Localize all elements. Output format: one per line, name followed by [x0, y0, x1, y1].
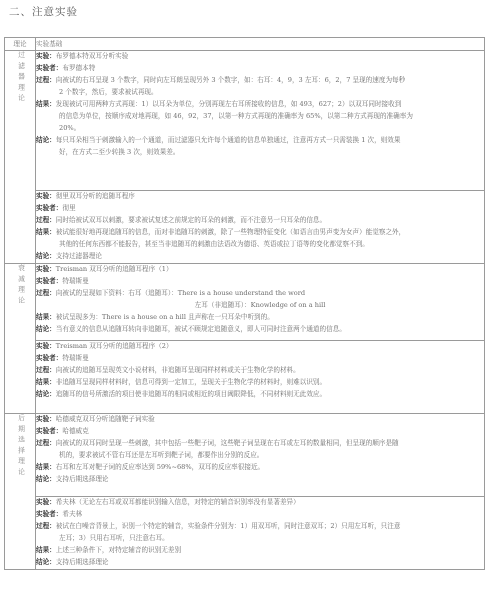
- result-text: 发现被试可用两种方式再现：1）以耳朵为单位，分别再现左右耳所接收的信息，如 49…: [56, 99, 402, 111]
- theory-cell-late-selection: 后期选择理论: [5, 414, 36, 570]
- experiment-name: 布罗德本特双耳分听实验: [56, 51, 129, 63]
- label-experiment: 实验：: [36, 497, 56, 509]
- process-text-cont: 左耳（非追随耳）：Knowledge of on a hill: [36, 300, 484, 312]
- label-experiment: 实验：: [36, 264, 56, 276]
- process-text-cont: 左耳；3）只用右耳听，只注意右耳。: [59, 533, 169, 545]
- theory-cell-attenuation: 衰减理论: [5, 264, 36, 414]
- experiment-name: 希夫林（无论左右耳或双耳都能识别输入信息，对特定的辅音识别率没有显著差异）: [56, 497, 300, 509]
- conclusion-text: 支持后期选择理论: [56, 474, 109, 486]
- label-conclusion: 结论：: [36, 474, 56, 486]
- label-result: 结果：: [36, 312, 56, 324]
- process-text-cont: 机的，要求被试不管右耳还是左耳听到靶子词，都要作出分别的反应。: [59, 450, 263, 462]
- table-row: 实验：Treisman 双耳分听的追随耳程序（2） 实验者：特瑞斯曼 过程：向被…: [5, 341, 485, 414]
- table-header-row: 理论 实验基础: [5, 38, 485, 51]
- result-text-cont2: 20%。: [59, 123, 80, 135]
- result-text: 非追随耳呈现同样材料时，信息可得到一定加工，呈现关于生物化学的材料时，则难以识别…: [56, 377, 326, 389]
- experiment-block: 实验：希夫林（无论左右耳或双耳都能识别输入信息，对特定的辅音识别率没有显著差异）…: [36, 497, 485, 570]
- theory-cell-filter: 过滤器理论: [5, 51, 36, 264]
- theory-label: 过滤器理论: [15, 51, 26, 105]
- experiment-name: Treisman 双耳分听的追随耳程序（1）: [56, 264, 173, 276]
- experimenter-name: 布罗德本特: [62, 63, 95, 75]
- conclusion-text: 支持后期选择理论: [56, 557, 109, 569]
- table-row: 过滤器理论 实验：布罗德本特双耳分听实验 实验者：布罗德本特 过程：向被试的右耳…: [5, 51, 485, 191]
- label-experiment: 实验：: [36, 341, 56, 353]
- conclusion-text: 支持过滤器理论: [56, 251, 102, 263]
- process-text: 被试在白噪音背景上，识别一个特定的辅音，实验条件分别为：1）用双耳听，同时注意双…: [56, 521, 401, 533]
- label-experiment: 实验：: [36, 191, 56, 203]
- experimenter-name: 特瑞斯曼: [62, 276, 88, 288]
- attention-experiments-table: 理论 实验基础 过滤器理论 实验：布罗德本特双耳分听实验 实验者：布罗德本特 过…: [4, 37, 485, 570]
- experiment-block: 实验：Treisman 双耳分听的追随耳程序（1） 实验者：特瑞斯曼 过程：向被…: [36, 264, 485, 341]
- label-experimenter: 实验者：: [36, 276, 62, 288]
- label-experimenter: 实验者：: [36, 63, 62, 75]
- label-experiment: 实验：: [36, 51, 56, 63]
- label-experiment: 实验：: [36, 414, 56, 426]
- result-text: 被试呈现多为：There is a house on a hill 且声称在一只…: [56, 312, 274, 324]
- label-process: 过程：: [36, 288, 56, 300]
- process-text-cont: 2 个数字，然后，要求被试再现。: [59, 87, 158, 99]
- process-text: 向被试的追随耳呈现英文小说材料，非追随耳呈现同样材料或关于生物化学的材料。: [56, 365, 300, 377]
- label-process: 过程：: [36, 75, 56, 87]
- label-process: 过程：: [36, 521, 56, 533]
- header-basis: 实验基础: [36, 38, 485, 51]
- experimenter-name: 哈德威克: [62, 426, 88, 438]
- theory-label: 后期选择理论: [15, 414, 26, 479]
- label-result: 结果：: [36, 227, 56, 239]
- experiment-block: 实验：Treisman 双耳分听的追随耳程序（2） 实验者：特瑞斯曼 过程：向被…: [36, 341, 485, 414]
- experimenter-name: 特瑞斯曼: [62, 353, 88, 365]
- label-conclusion: 结论：: [36, 557, 56, 569]
- label-conclusion: 结论：: [36, 324, 56, 336]
- experiment-name: 哈德威克双耳分听追随靶子词实验: [56, 414, 155, 426]
- label-process: 过程：: [36, 215, 56, 227]
- process-text: 向被试的呈现如下资料：右耳（追随耳）：There is a house unde…: [56, 288, 305, 300]
- result-text-cont: 的信息为单位，按顺序成对地再现，如 46，92，37，以第一种方式再现的准确率为…: [59, 111, 413, 123]
- label-experimenter: 实验者：: [36, 353, 62, 365]
- conclusion-text: 追随耳的信号所激活的项目使非追随耳的相同或相近的项目阈限降低，不同材料则无此效应…: [56, 389, 326, 401]
- table-row: 实验：彻里双耳分听的追随耳程序 实验者：彻里 过程：同时给被试双耳以刺激，要求被…: [5, 191, 485, 264]
- conclusion-text-cont: 好，在方式二至少转换 3 次，则效果差。: [59, 147, 179, 159]
- page-title: 二、注意实验: [9, 4, 78, 19]
- result-text: 被试能很好地再现追随耳的信息，而对非追随耳的刺激，除了一些物理特征变化（如语言由…: [56, 227, 405, 239]
- experiment-block: 实验：哈德威克双耳分听追随靶子词实验 实验者：哈德威克 过程：向被试的双耳同时呈…: [36, 414, 485, 497]
- experimenter-name: 彻里: [62, 203, 75, 215]
- label-process: 过程：: [36, 438, 56, 450]
- label-conclusion: 结论：: [36, 389, 56, 401]
- result-text: 右耳和左耳对靶子词的反应率达到 59%~68%，双耳的反应率很接近。: [56, 462, 264, 474]
- label-result: 结果：: [36, 545, 56, 557]
- table-row: 实验：希夫林（无论左右耳或双耳都能识别输入信息，对特定的辅音识别率没有显著差异）…: [5, 497, 485, 570]
- experiment-name: 彻里双耳分听的追随耳程序: [56, 191, 135, 203]
- experimenter-name: 希夫林: [62, 509, 82, 521]
- label-experimenter: 实验者：: [36, 509, 62, 521]
- result-text: 上述三种条件下，对特定辅音的识别无差别: [56, 545, 181, 557]
- process-text: 同时给被试双耳以刺激，要求被试复述之前规定的耳朵的刺激，而不注意另一只耳朵的信息…: [56, 215, 326, 227]
- theory-label: 衰减理论: [15, 264, 26, 307]
- label-experimenter: 实验者：: [36, 426, 62, 438]
- experiment-block: 实验：布罗德本特双耳分听实验 实验者：布罗德本特 过程：向被试的右耳呈现 3 个…: [36, 51, 485, 191]
- conclusion-text: 每只耳朵相当于刺激输入的一个通道，而过滤器只允许每个通道的信息单独通过，注意再方…: [56, 135, 401, 147]
- label-conclusion: 结论：: [36, 251, 56, 263]
- process-text: 向被试的右耳呈现 3 个数字，同时向左耳朗呈现另外 3 个数字，如：右耳：4，9…: [56, 75, 405, 87]
- label-result: 结果：: [36, 462, 56, 474]
- experiment-name: Treisman 双耳分听的追随耳程序（2）: [56, 341, 173, 353]
- experiment-block: 实验：彻里双耳分听的追随耳程序 实验者：彻里 过程：同时给被试双耳以刺激，要求被…: [36, 191, 485, 264]
- header-theory: 理论: [5, 38, 36, 51]
- process-text: 向被试的双耳同时呈现一些刺激，其中包括一些靶子词，这些靶子词呈现在右耳或左耳的数…: [56, 438, 399, 450]
- table-row: 后期选择理论 实验：哈德威克双耳分听追随靶子词实验 实验者：哈德威克 过程：向被…: [5, 414, 485, 497]
- conclusion-text: 当有意义的信息从追随耳转向非追随耳，被试不顾规定追随意义，即人可同时注意两个通道…: [56, 324, 346, 336]
- label-conclusion: 结论：: [36, 135, 56, 147]
- label-result: 结果：: [36, 99, 56, 111]
- label-experimenter: 实验者：: [36, 203, 62, 215]
- table-row: 衰减理论 实验：Treisman 双耳分听的追随耳程序（1） 实验者：特瑞斯曼 …: [5, 264, 485, 341]
- result-text-cont: 其他的任何东西都不能报告，甚至当非追随耳的刺激由法语改为德语、英语或拉丁语等的变…: [59, 239, 369, 251]
- label-result: 结果：: [36, 377, 56, 389]
- label-process: 过程：: [36, 365, 56, 377]
